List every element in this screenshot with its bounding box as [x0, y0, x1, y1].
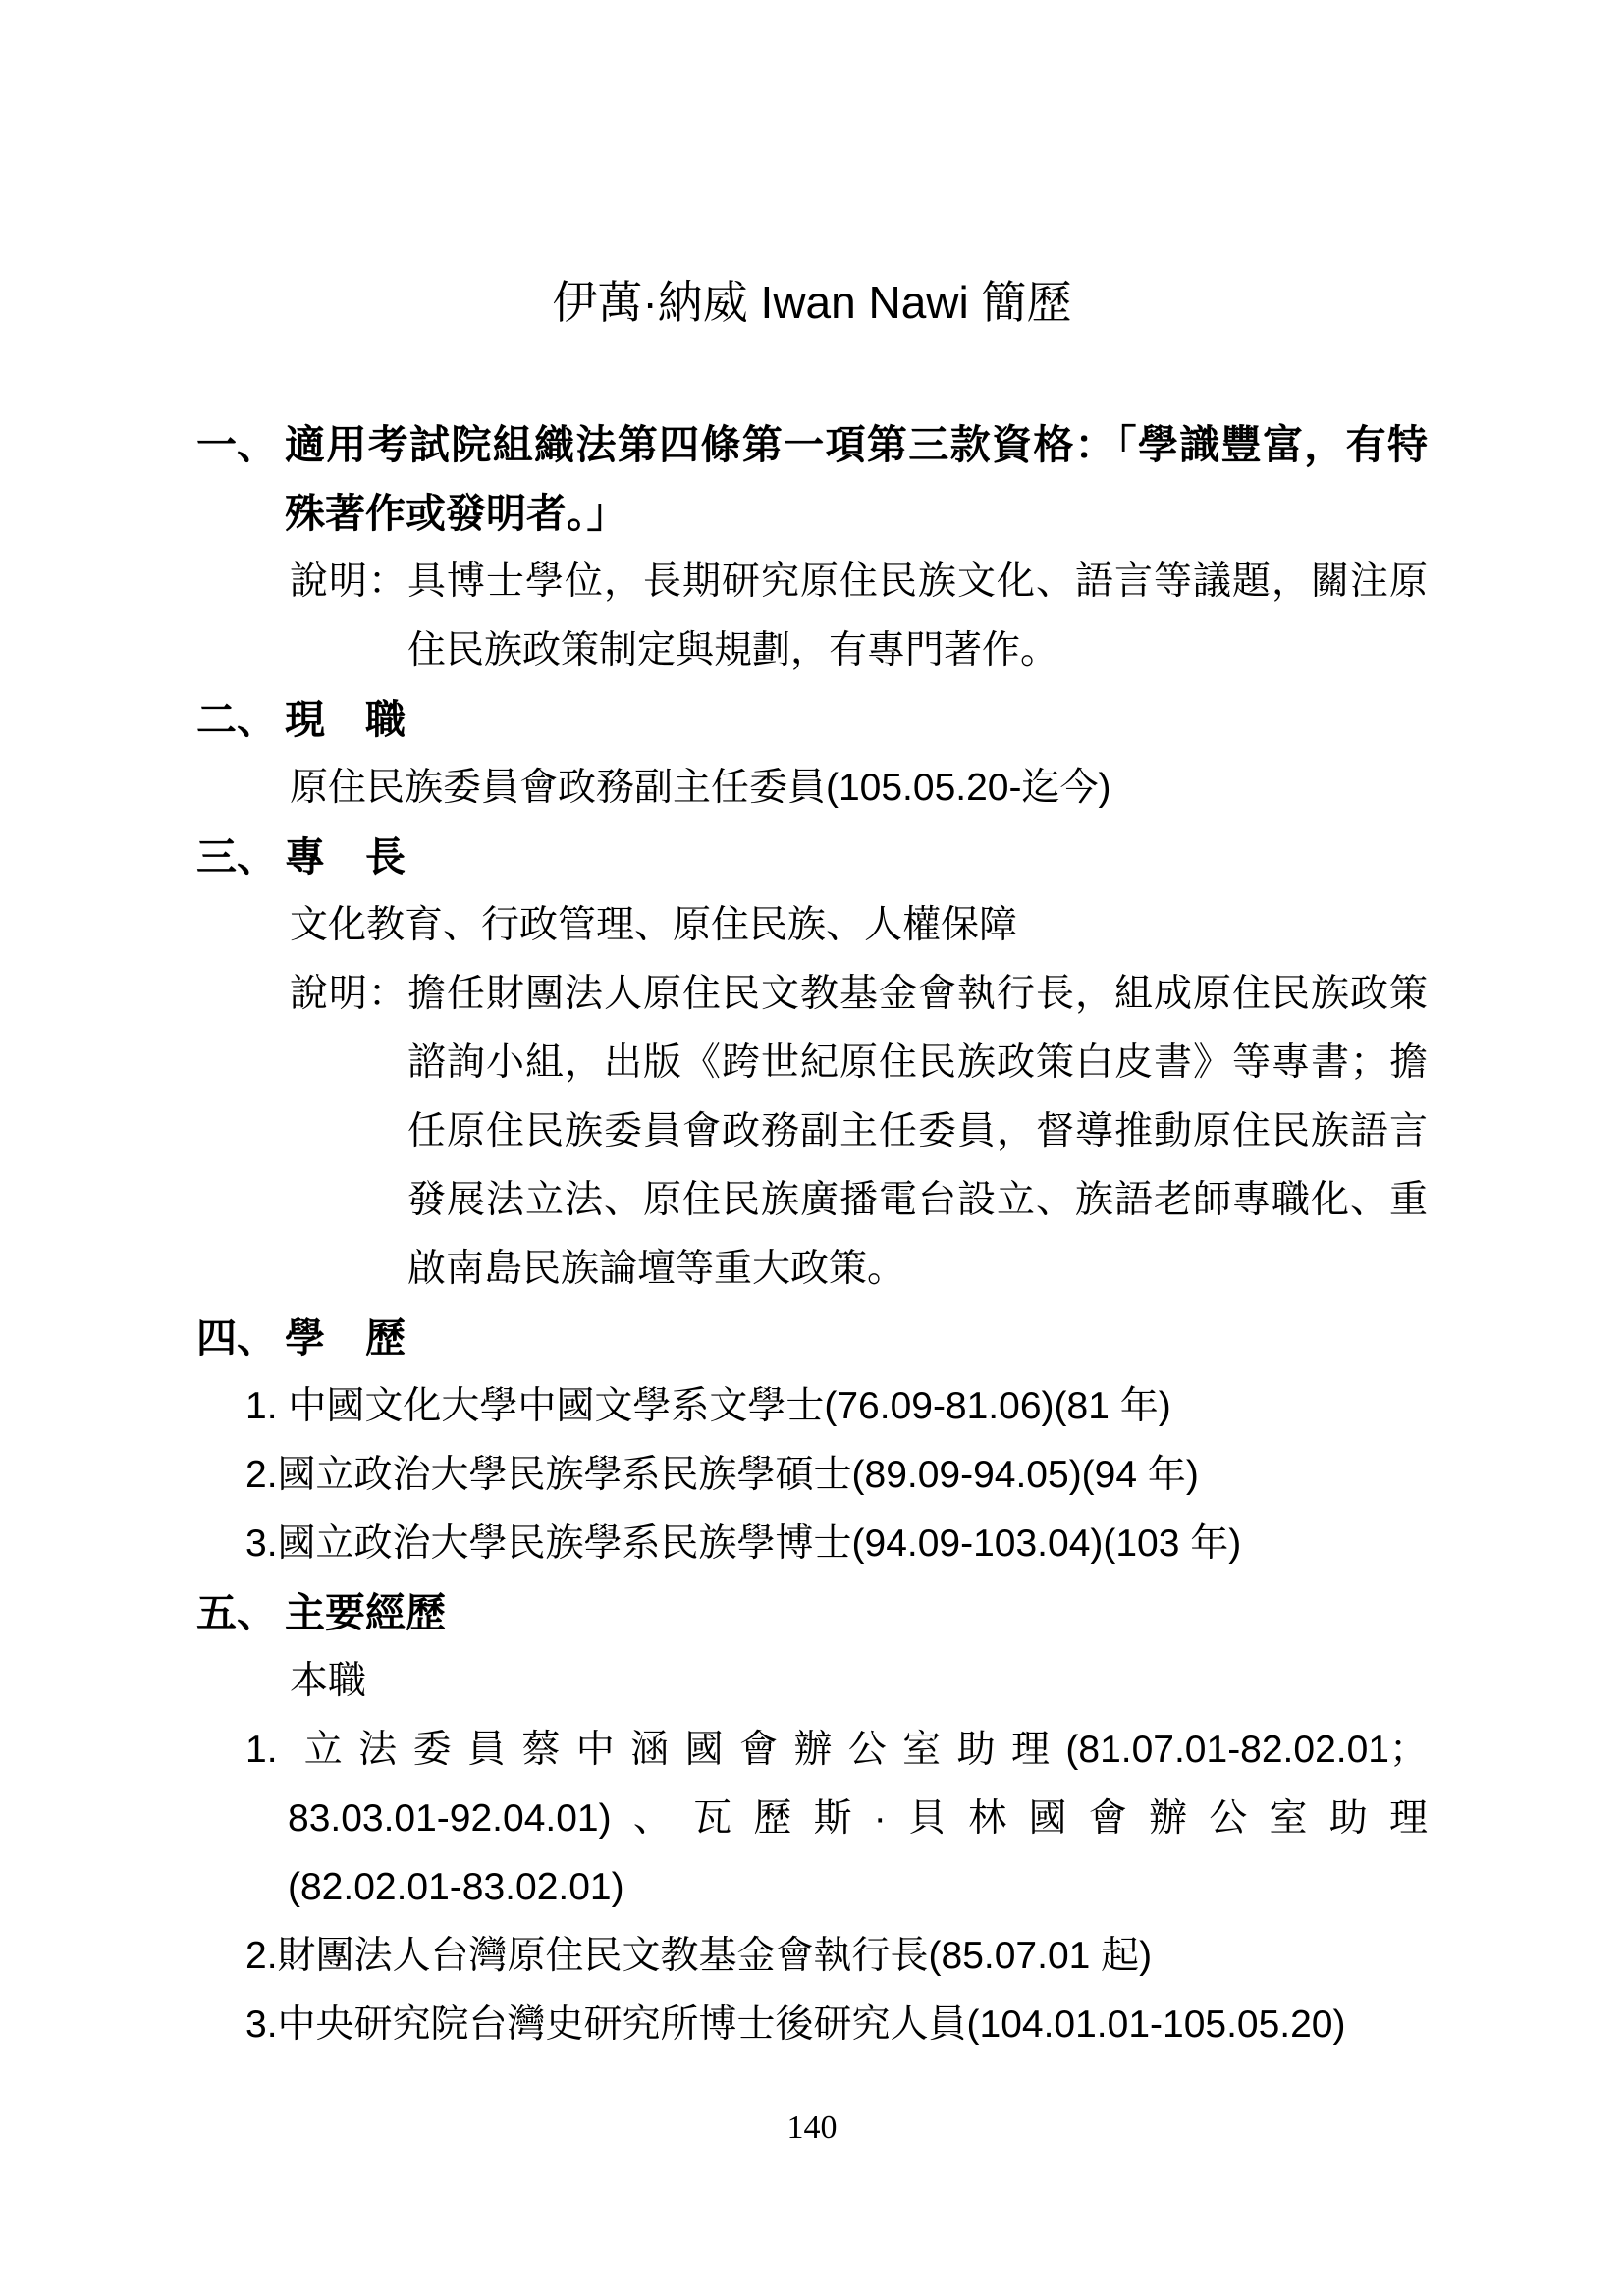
- resume-document-page: 伊萬·納威 Iwan Nawi 簡歷 一、 適用考試院組織法第四條第一項第三款資…: [0, 0, 1624, 2296]
- section-education-heading-row: 四、 學 歷: [196, 1304, 1428, 1372]
- section-expertise-body: 文化教育、行政管理、原住民族、人權保障: [290, 891, 1428, 960]
- section-expertise-heading-row: 三、 專 長: [196, 823, 1428, 891]
- experience-item: 2.財團法人台灣原住民文教基金會執行長(85.07.01 起): [245, 1922, 1428, 1991]
- experience-item-line: 83.03.01-92.04.01)、瓦歷斯·貝林國會辦公室助理: [288, 1785, 1428, 1853]
- section-current-position-body: 原住民族委員會政務副主任委員(105.05.20-迄今): [290, 754, 1428, 823]
- section-experience-subheading: 本職: [290, 1647, 1428, 1716]
- section-experience-heading-row: 五、 主要經歷: [196, 1578, 1428, 1647]
- section-current-position: 二、 現 職 原住民族委員會政務副主任委員(105.05.20-迄今): [196, 685, 1428, 823]
- section-current-position-title: 現 職: [285, 685, 1428, 754]
- section-current-position-number: 二、: [196, 685, 285, 754]
- experience-item-line: 1. 立法委員蔡中涵國會辦公室助理(81.07.01-82.02.01；: [245, 1716, 1428, 1785]
- section-qualification: 一、 適用考試院組織法第四條第一項第三款資格：「學識豐富，有特殊著作或發明者。」…: [196, 410, 1428, 685]
- section-expertise-number: 三、: [196, 823, 285, 891]
- section-education-title: 學 歷: [285, 1304, 1428, 1372]
- page-title: 伊萬·納威 Iwan Nawi 簡歷: [196, 268, 1428, 337]
- education-item: 3.國立政治大學民族學系民族學博士(94.09-103.04)(103 年): [245, 1510, 1428, 1578]
- section-qualification-number: 一、: [196, 410, 285, 548]
- section-experience: 五、 主要經歷 本職 1. 立法委員蔡中涵國會辦公室助理(81.07.01-82…: [196, 1578, 1428, 2059]
- experience-item-line: (82.02.01-83.02.01): [288, 1853, 1428, 1922]
- section-expertise: 三、 專 長 文化教育、行政管理、原住民族、人權保障 說明：擔任財團法人原住民文…: [196, 823, 1428, 1304]
- section-education-number: 四、: [196, 1304, 285, 1372]
- experience-item: 3.中央研究院台灣史研究所博士後研究人員(104.01.01-105.05.20…: [245, 1991, 1428, 2059]
- section-expertise-title: 專 長: [285, 823, 1428, 891]
- education-item: 1. 中國文化大學中國文學系文學士(76.09-81.06)(81 年): [245, 1372, 1428, 1441]
- section-experience-number: 五、: [196, 1578, 285, 1647]
- section-expertise-note: 說明：擔任財團法人原住民文教基金會執行長，組成原住民族政策諮詢小組，出版《跨世紀…: [290, 960, 1428, 1304]
- document-content: 伊萬·納威 Iwan Nawi 簡歷 一、 適用考試院組織法第四條第一項第三款資…: [196, 268, 1428, 2059]
- section-qualification-heading-row: 一、 適用考試院組織法第四條第一項第三款資格：「學識豐富，有特殊著作或發明者。」: [196, 410, 1428, 548]
- page-number: 140: [0, 2107, 1624, 2150]
- section-current-position-heading-row: 二、 現 職: [196, 685, 1428, 754]
- section-experience-title: 主要經歷: [285, 1578, 1428, 1647]
- education-item: 2.國立政治大學民族學系民族學碩士(89.09-94.05)(94 年): [245, 1441, 1428, 1510]
- section-qualification-note: 說明：具博士學位，長期研究原住民族文化、語言等議題，關注原住民族政策制定與規劃，…: [290, 548, 1428, 685]
- section-qualification-title: 適用考試院組織法第四條第一項第三款資格：「學識豐富，有特殊著作或發明者。」: [285, 410, 1428, 548]
- section-education: 四、 學 歷 1. 中國文化大學中國文學系文學士(76.09-81.06)(81…: [196, 1304, 1428, 1578]
